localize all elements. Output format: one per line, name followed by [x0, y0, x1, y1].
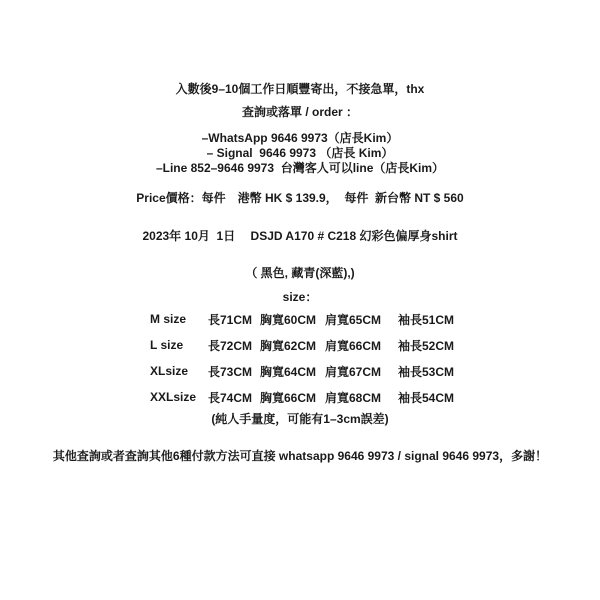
- size-cell-xl-label: XLsize: [150, 358, 208, 384]
- shipping-notice: 入數後9–10個工作日順豐寄出，不接急單，thx: [0, 82, 600, 96]
- size-cell-xxl-length: 長74CM: [208, 384, 260, 410]
- size-table: M size 長71CM 胸寬60CM 肩寬65CM 袖長51CM L size…: [150, 306, 453, 410]
- size-cell-m-length: 長71CM: [208, 306, 260, 332]
- size-cell-l-sleeve: 袖長52CM: [398, 332, 453, 358]
- contact-line-signal: – Signal 9646 9973 （店長 Kim）: [0, 146, 600, 161]
- size-cell-m-label: M size: [150, 306, 208, 332]
- size-heading: size：: [0, 290, 600, 304]
- product-title-line: 2023年 10月 1日 DSJD A170 # C218 幻彩色偏厚身shir…: [0, 229, 600, 243]
- contact-list: –WhatsApp 9646 9973（店長Kim） – Signal 9646…: [0, 131, 600, 176]
- contact-line-line: –Line 852–9646 9973 台灣客人可以line（店長Kim）: [0, 161, 600, 176]
- size-cell-m-sleeve: 袖長51CM: [398, 306, 453, 332]
- product-info-page: 入數後9–10個工作日順豐寄出，不接急單，thx 查詢或落單 / order ：…: [0, 0, 600, 600]
- size-cell-xxl-sleeve: 袖長54CM: [398, 384, 453, 410]
- price-line: Price價格：每件 港幣 HK $ 139.9， 每件 新台幣 NT $ 56…: [0, 191, 600, 205]
- size-cell-xl-sleeve: 袖長53CM: [398, 358, 453, 384]
- size-cell-l-shoulder: 肩寬66CM: [325, 332, 398, 358]
- size-cell-xl-shoulder: 肩寬67CM: [325, 358, 398, 384]
- color-options-line: （ 黑色, 藏青(深藍),): [0, 266, 600, 280]
- size-cell-xxl-chest: 胸寬66CM: [260, 384, 325, 410]
- size-cell-xxl-label: XXLsize: [150, 384, 208, 410]
- measurement-note: (純人手量度，可能有1–3cm誤差): [0, 412, 600, 426]
- size-cell-m-chest: 胸寬60CM: [260, 306, 325, 332]
- contact-line-whatsapp: –WhatsApp 9646 9973（店長Kim）: [0, 131, 600, 146]
- size-cell-xxl-shoulder: 肩寬68CM: [325, 384, 398, 410]
- order-heading: 查詢或落單 / order ：: [0, 105, 600, 119]
- size-cell-m-shoulder: 肩寬65CM: [325, 306, 398, 332]
- payment-footer-note: 其他查詢或者查詢其他6種付款方法可直接 whatsapp 9646 9973 /…: [0, 449, 600, 463]
- size-cell-xl-chest: 胸寬64CM: [260, 358, 325, 384]
- size-cell-l-chest: 胸寬62CM: [260, 332, 325, 358]
- size-cell-l-length: 長72CM: [208, 332, 260, 358]
- size-cell-xl-length: 長73CM: [208, 358, 260, 384]
- size-cell-l-label: L size: [150, 332, 208, 358]
